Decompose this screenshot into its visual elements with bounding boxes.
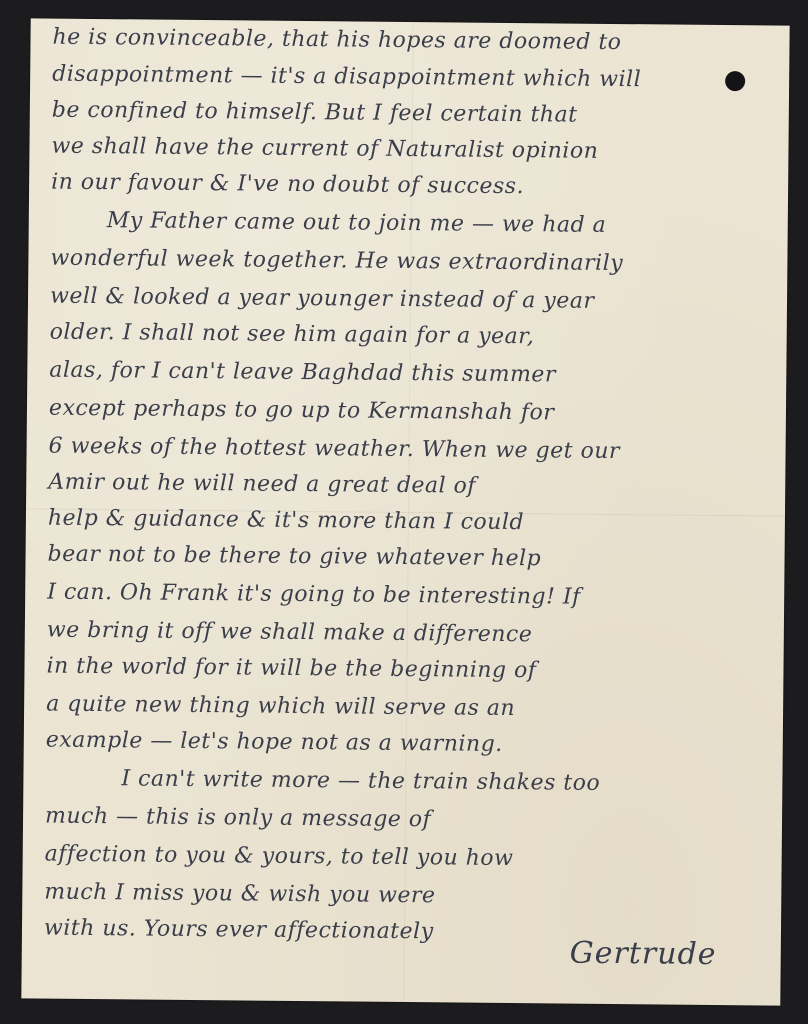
letter-line: be confined to himself. But I feel certa… [52, 96, 767, 133]
letter-line: a quite new thing which will serve as an [46, 690, 761, 727]
letter-line: I can. Oh Frank it's going to be interes… [47, 578, 762, 615]
letter-line: much I miss you & wish you were [44, 878, 759, 915]
letter-line: Amir out he will need a great deal of [48, 468, 763, 505]
letter-line: disappointment — it's a disappointment w… [52, 60, 767, 97]
letter-line: affection to you & yours, to tell you ho… [45, 840, 760, 877]
letter-line: he is convinceable, that his hopes are d… [52, 23, 767, 60]
letter-line: in the world for it will be the beginnin… [46, 652, 761, 689]
letter-line: we shall have the current of Naturalist … [51, 132, 766, 169]
letter-line: alas, for I can't leave Baghdad this sum… [49, 356, 764, 393]
letter-line: in our favour & I've no doubt of success… [51, 168, 766, 205]
letter-body: he is convinceable, that his hopes are d… [21, 18, 789, 1005]
letter-line: we bring it off we shall make a differen… [47, 616, 762, 653]
letter-line: My Father came out to join me — we had a [107, 206, 808, 243]
letter-line: I can't write more — the train shakes to… [121, 764, 808, 801]
signature: Gertrude [570, 936, 717, 972]
letter-line: older. I shall not see him again for a y… [50, 318, 765, 355]
letter-line: help & guidance & it's more than I could [48, 504, 763, 541]
letter-line: well & looked a year younger instead of … [50, 282, 765, 319]
letter-line: bear not to be there to give whatever he… [47, 540, 762, 577]
letter-line: 6 weeks of the hottest weather. When we … [48, 432, 763, 469]
letter-line: except perhaps to go up to Kermanshah fo… [49, 394, 764, 431]
scan-background: he is convinceable, that his hopes are d… [0, 0, 808, 1024]
letter-line: wonderful week together. He was extraord… [50, 244, 765, 281]
letter-line: example — let's hope not as a warning. [46, 726, 761, 763]
letter-page: he is convinceable, that his hopes are d… [21, 18, 789, 1005]
letter-line: much — this is only a message of [45, 802, 760, 839]
